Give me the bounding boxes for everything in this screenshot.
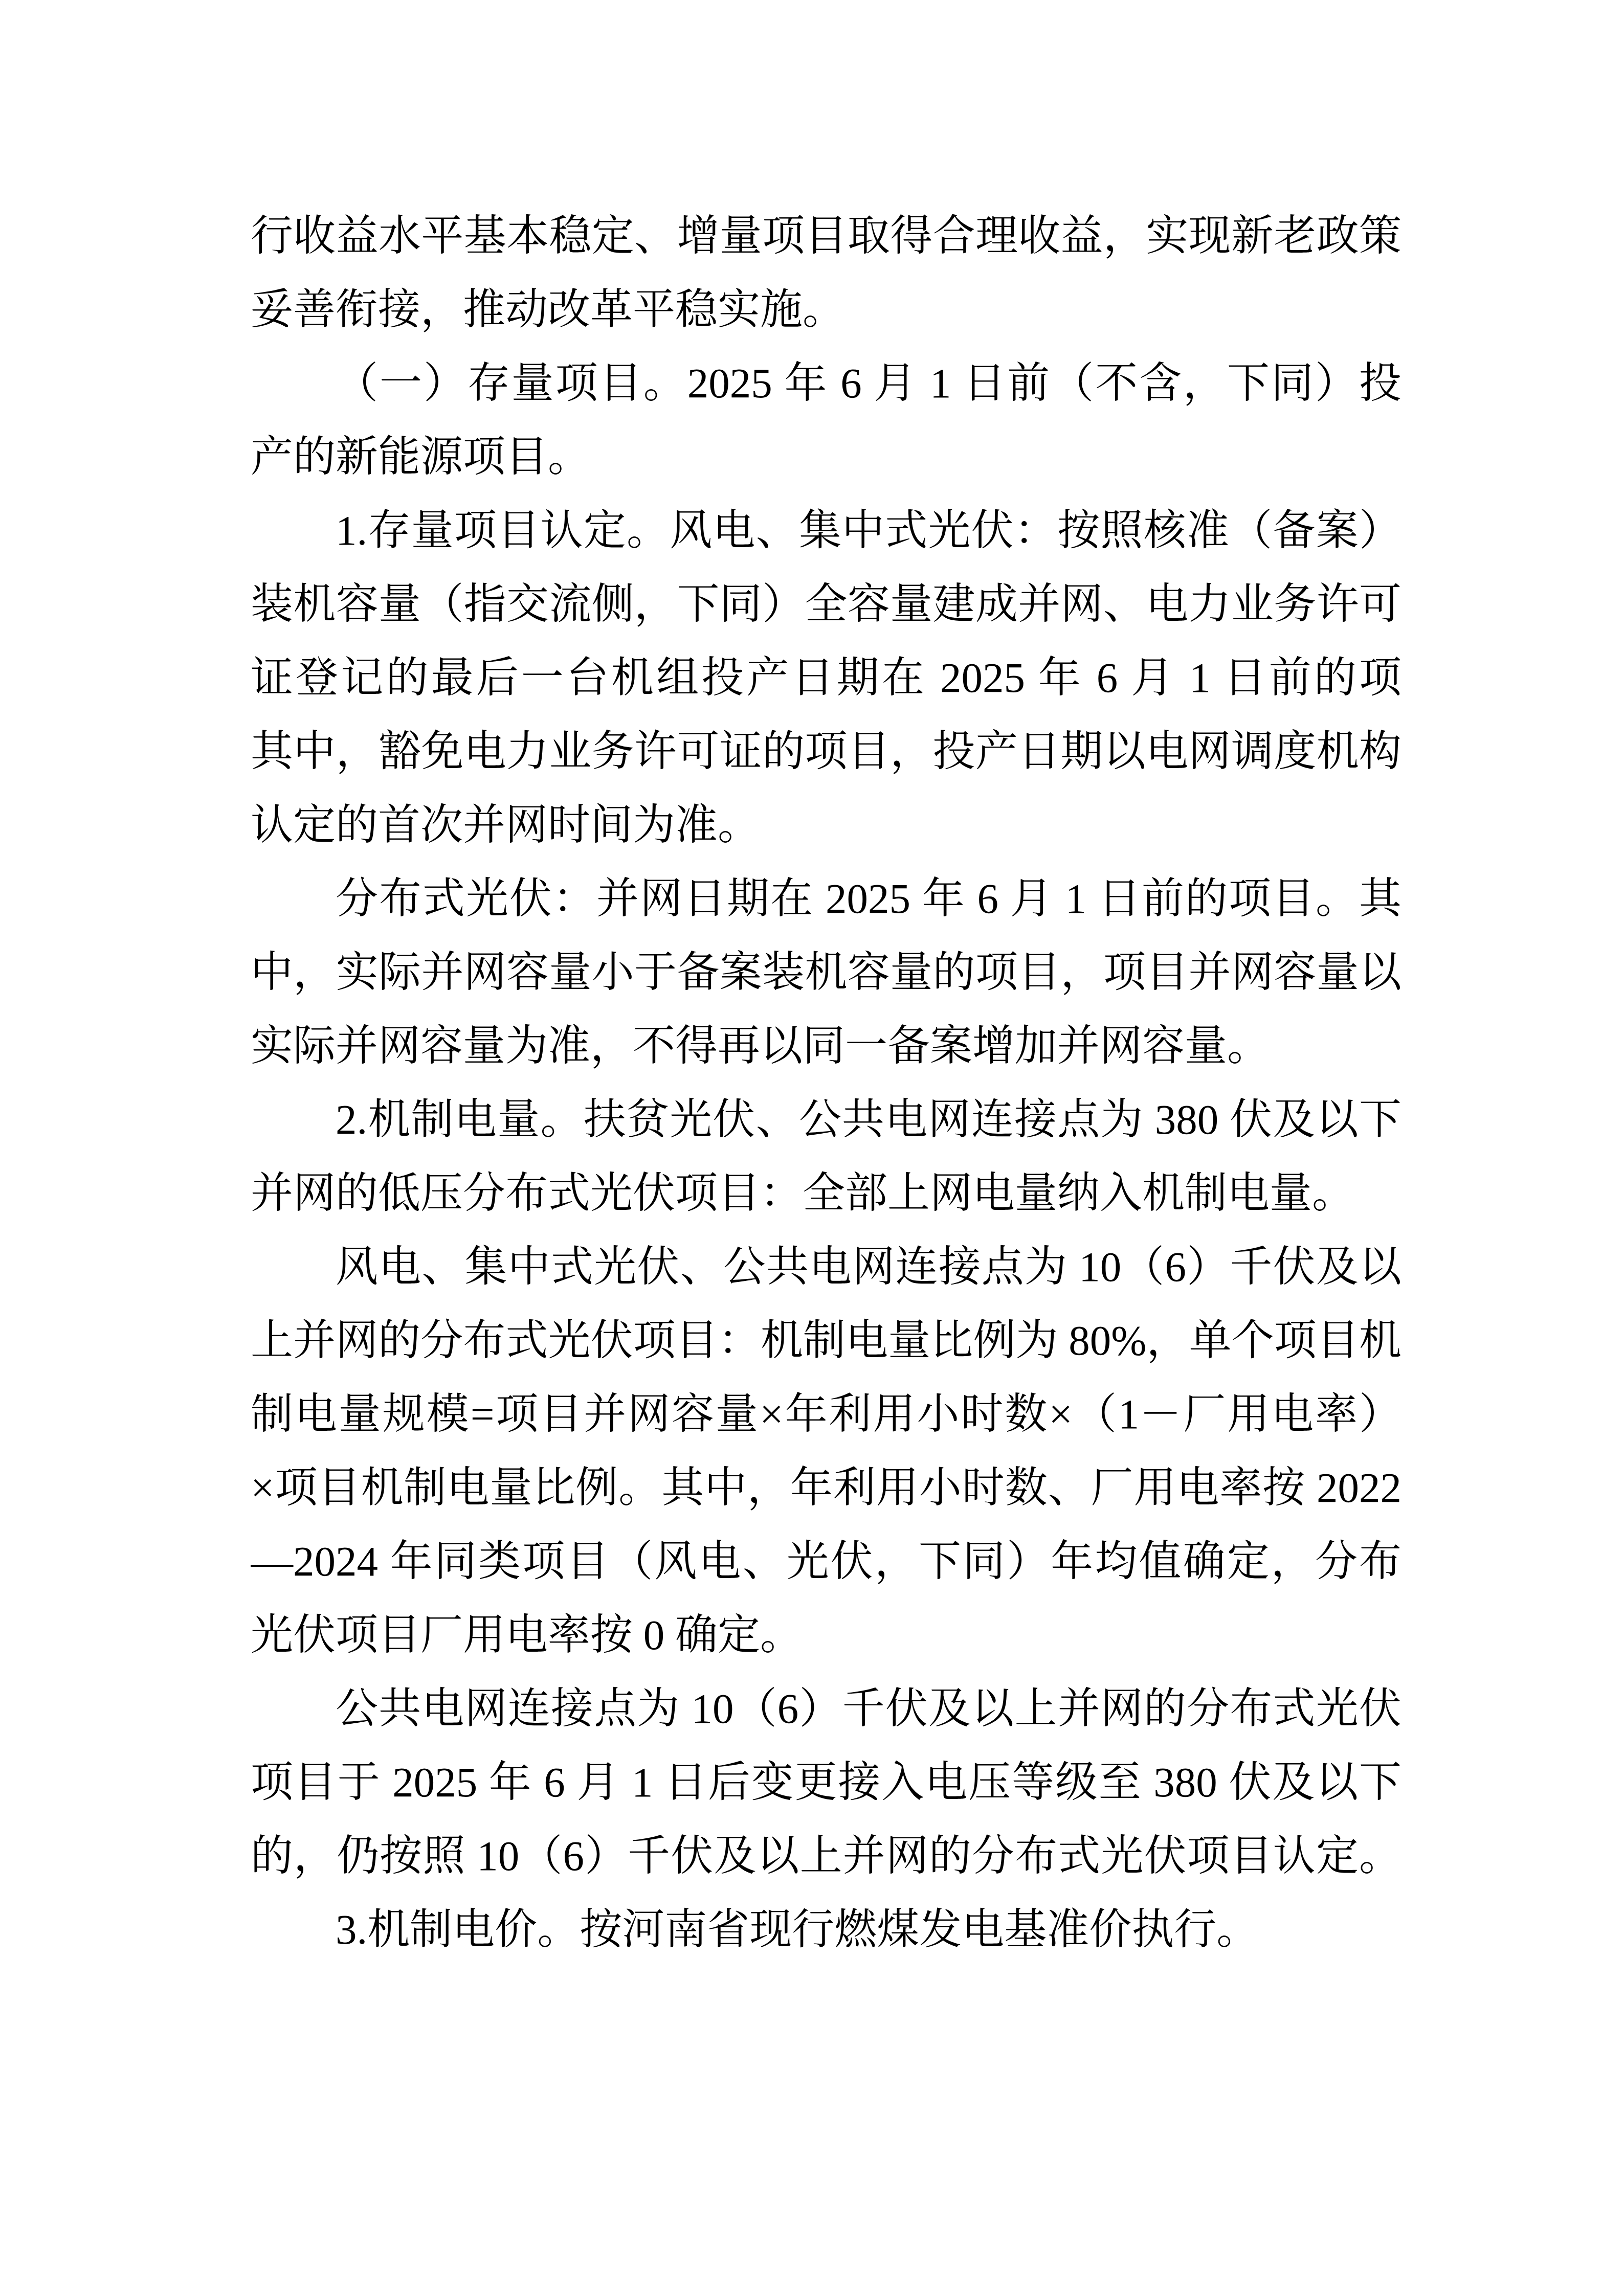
text-line: 证登记的最后一台机组投产日期在 2025 年 6 月 1 日前的项目。 <box>251 641 1401 714</box>
text-line: 产的新能源项目。 <box>251 420 1401 493</box>
text-line: 并网的低压分布式光伏项目：全部上网电量纳入机制电量。 <box>251 1156 1401 1230</box>
text-line: ×项目机制电量比例。其中，年利用小时数、厂用电率按 2022 <box>251 1451 1401 1524</box>
text-line: 制电量规模=项目并网容量×年利用小时数×（1－厂用电率） <box>251 1377 1401 1451</box>
text-line: —2024 年同类项目（风电、光伏，下同）年均值确定，分布式 <box>251 1524 1401 1598</box>
text-line: 分布式光伏：并网日期在 2025 年 6 月 1 日前的项目。其 <box>251 862 1401 935</box>
text-line: 光伏项目厂用电率按 0 确定。 <box>251 1598 1401 1672</box>
text-line: （一）存量项目。2025 年 6 月 1 日前（不含，下同）投 <box>251 346 1401 420</box>
text-line: 认定的首次并网时间为准。 <box>251 788 1401 862</box>
text-line: 3.机制电价。按河南省现行燃煤发电基准价执行。 <box>251 1893 1401 1966</box>
text-line: 上并网的分布式光伏项目：机制电量比例为 80%，单个项目机 <box>251 1303 1401 1377</box>
document-page: 行收益水平基本稳定、增量项目取得合理收益，实现新老政策妥善衔接，推动改革平稳实施… <box>0 0 1624 2296</box>
text-line: 项目于 2025 年 6 月 1 日后变更接入电压等级至 380 伏及以下 <box>251 1745 1401 1819</box>
text-line: 其中，豁免电力业务许可证的项目，投产日期以电网调度机构 <box>251 714 1401 788</box>
text-line: 中，实际并网容量小于备案装机容量的项目，项目并网容量以 <box>251 935 1401 1009</box>
text-line: 风电、集中式光伏、公共电网连接点为 10（6）千伏及以 <box>251 1230 1401 1303</box>
text-line: 的，仍按照 10（6）千伏及以上并网的分布式光伏项目认定。 <box>251 1819 1401 1893</box>
text-line: 1.存量项目认定。风电、集中式光伏：按照核准（备案） <box>251 493 1401 567</box>
document-body: 行收益水平基本稳定、增量项目取得合理收益，实现新老政策妥善衔接，推动改革平稳实施… <box>251 199 1401 1966</box>
text-line: 实际并网容量为准，不得再以同一备案增加并网容量。 <box>251 1009 1401 1083</box>
text-line: 妥善衔接，推动改革平稳实施。 <box>251 273 1401 346</box>
text-line: 行收益水平基本稳定、增量项目取得合理收益，实现新老政策 <box>251 199 1401 273</box>
text-line: 装机容量（指交流侧，下同）全容量建成并网、电力业务许可 <box>251 567 1401 641</box>
text-line: 2.机制电量。扶贫光伏、公共电网连接点为 380 伏及以下 <box>251 1083 1401 1156</box>
text-line: 公共电网连接点为 10（6）千伏及以上并网的分布式光伏 <box>251 1672 1401 1745</box>
